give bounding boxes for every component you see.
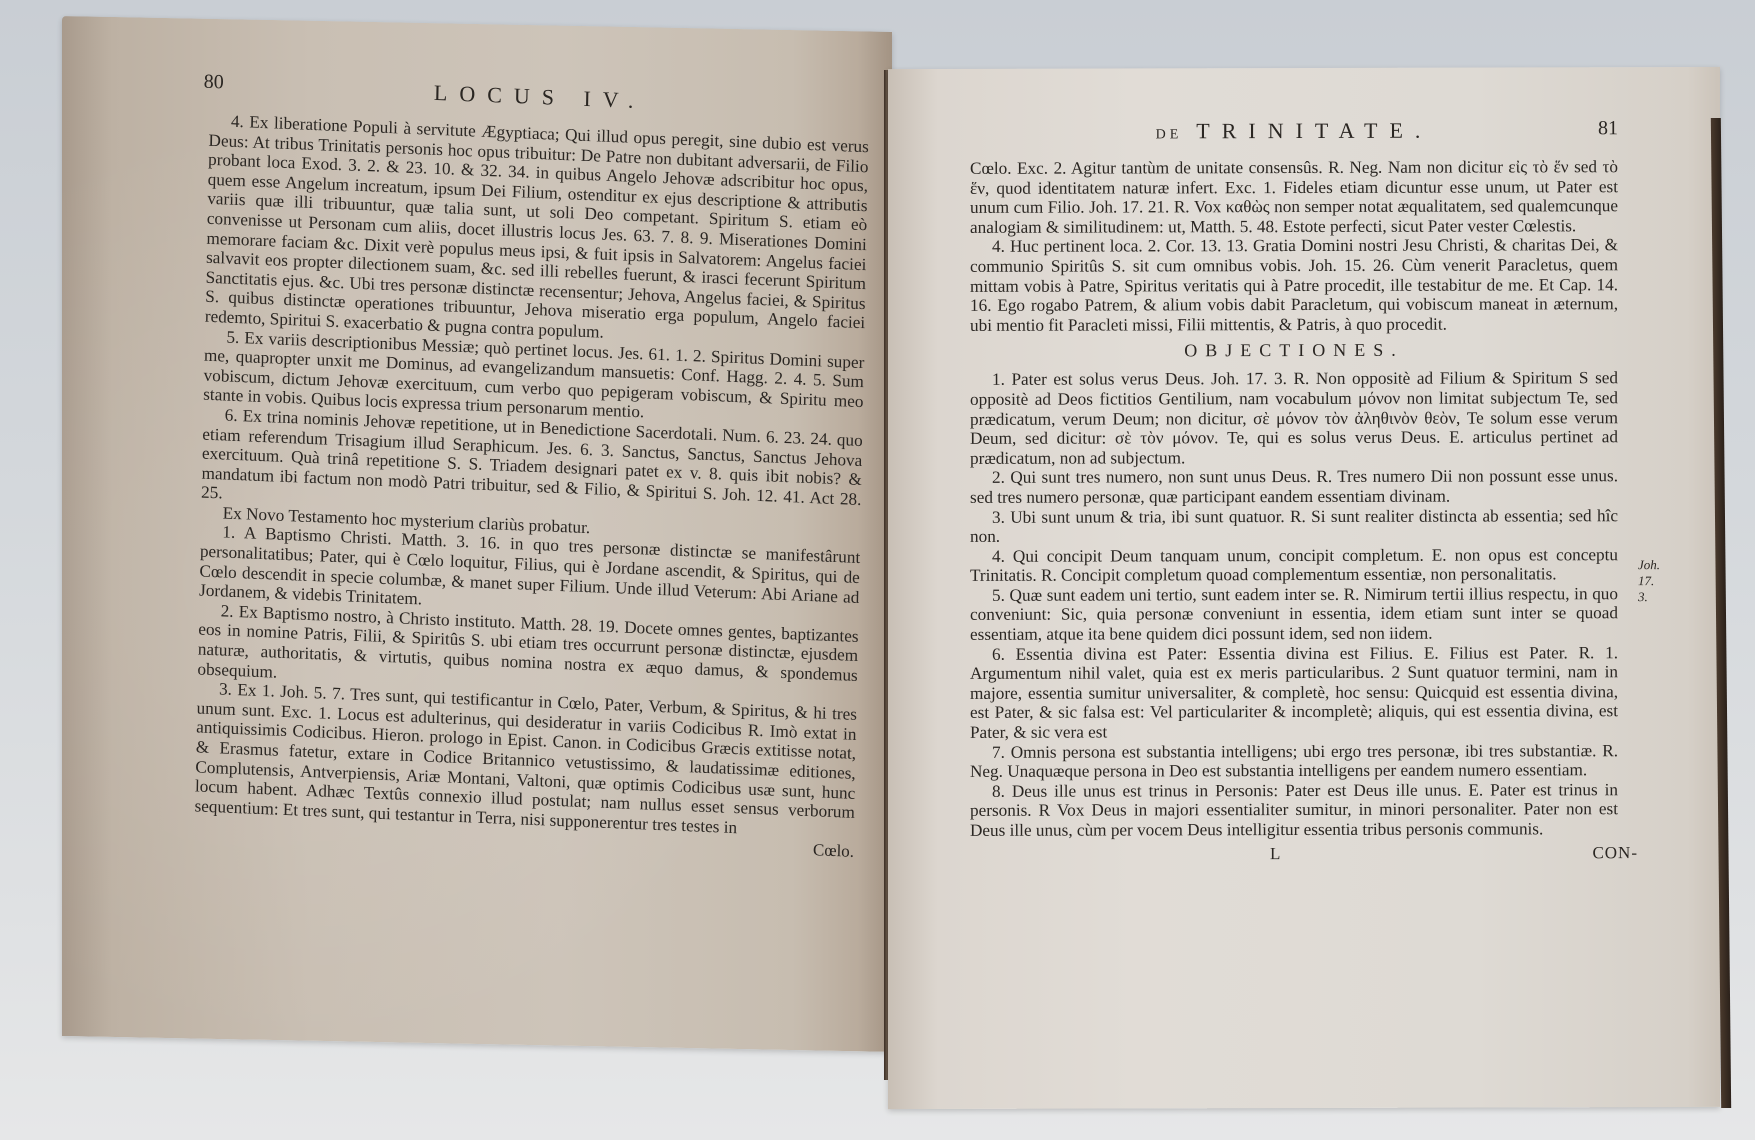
left-paragraph-nt-3-johannine-comma: 3. Ex 1. Joh. 5. 7. Tres sunt, qui testi… [194, 679, 857, 843]
objectiones-heading: OBJECTIONES. [970, 340, 1618, 363]
objection-2: 2. Qui sunt tres numero, non sunt unus D… [970, 466, 1618, 507]
right-running-head: DETRINITATE. 81 [970, 117, 1618, 159]
left-page: 80 LOCUS IV. 4. Ex liberatione Populi à … [62, 16, 892, 1052]
objection-7: 7. Omnis persona est substantia intellig… [970, 741, 1618, 782]
objection-4: 4. Qui concipit Deum tanquam unum, conci… [970, 545, 1618, 586]
left-paragraph-4-exodus: 4. Ex liberatione Populi à servitute Ægy… [205, 111, 869, 353]
page-footer: L CON- [970, 843, 1618, 869]
objection-1: 1. Pater est solus verus Deus. Joh. 17. … [970, 369, 1618, 469]
objection-8: 8. Deus ille unus est trinus in Personis… [970, 780, 1618, 840]
objection-5: 5. Quæ sunt eadem uni tertio, sunt eadem… [970, 584, 1618, 644]
right-page: DETRINITATE. 81 Cœlo. Exc. 2. Agitur tan… [888, 67, 1720, 1109]
left-page-text-block: 80 LOCUS IV. 4. Ex liberatione Populi à … [194, 71, 870, 862]
objection-3: 3. Ubi sunt unum & tria, ibi sunt quatuo… [970, 506, 1618, 547]
handwritten-margin-note: Joh. 17. 3. [1638, 557, 1660, 605]
left-running-head-title: LOCUS IV. [434, 80, 646, 114]
objection-6: 6. Essentia divina est Pater: Essentia d… [970, 643, 1618, 743]
open-book-photo: 80 LOCUS IV. 4. Ex liberatione Populi à … [0, 0, 1755, 1140]
right-page-text-block: DETRINITATE. 81 Cœlo. Exc. 2. Agitur tan… [970, 117, 1618, 868]
catchword: CON- [1592, 843, 1638, 863]
right-paragraph-continuation: Cœlo. Exc. 2. Agitur tantùm de unitate c… [970, 157, 1618, 237]
right-running-head-prefix: DE [1156, 127, 1183, 142]
right-paragraph-4-loca: 4. Huc pertinent loca. 2. Cor. 13. 13. G… [970, 236, 1618, 336]
signature-mark: L [1270, 844, 1280, 864]
left-page-number: 80 [204, 71, 224, 95]
right-running-head-title: TRINITATE. [1196, 118, 1432, 145]
right-page-number: 81 [1598, 117, 1618, 140]
